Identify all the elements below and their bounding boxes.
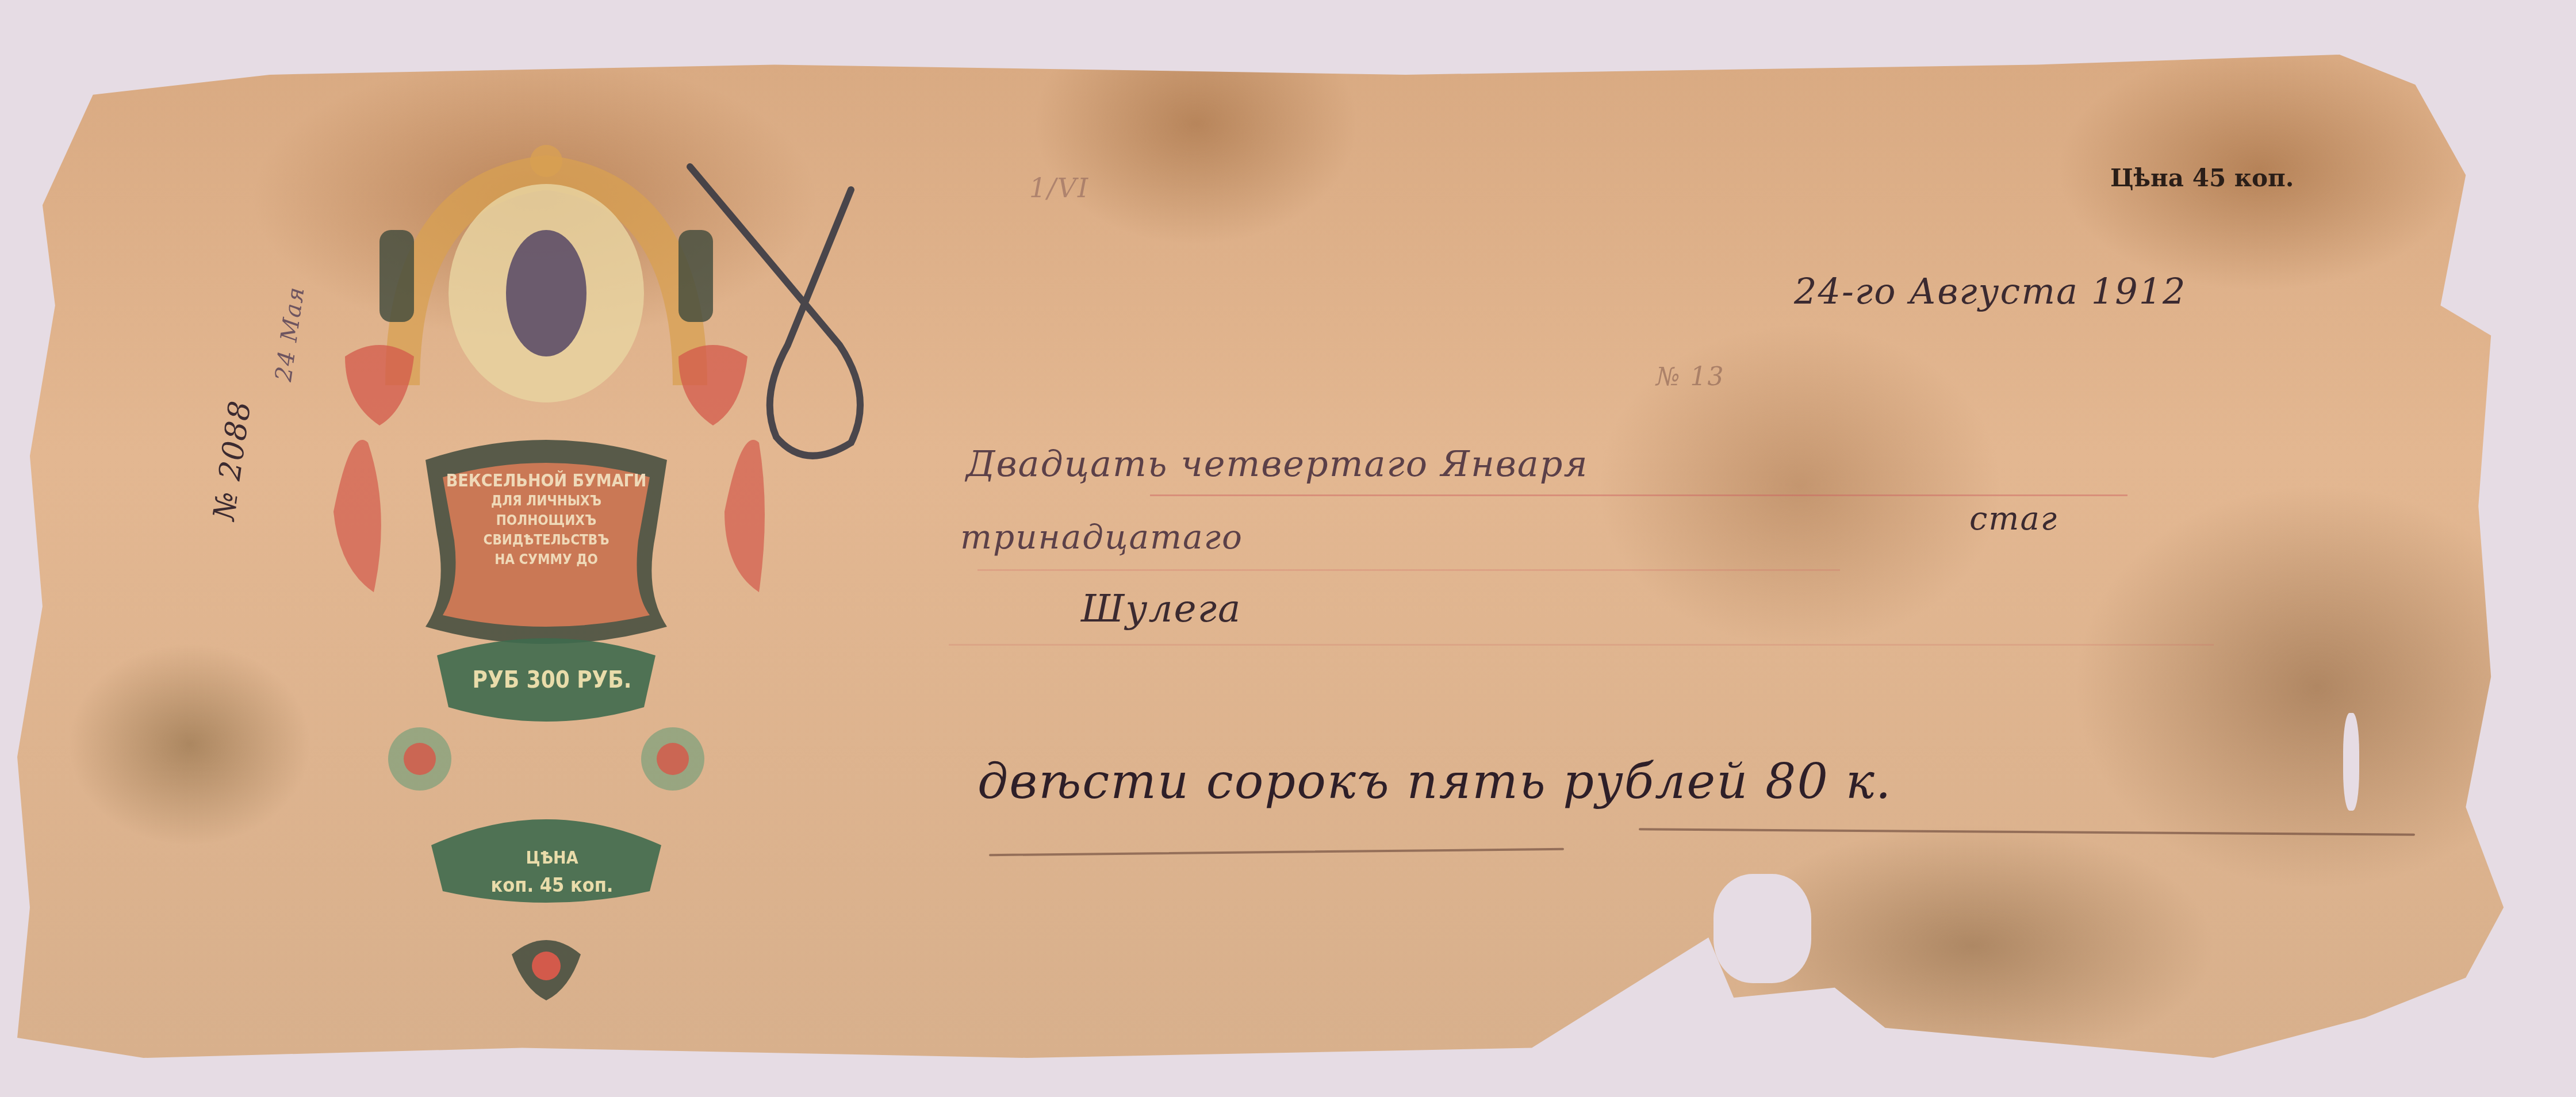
body-line-2: тринадцатаго (960, 517, 1243, 557)
paper-tear-slit (2343, 713, 2359, 811)
body-line-1: Двадцать четвертаго Января (966, 443, 1589, 485)
ruled-line-3 (949, 644, 2214, 646)
top-scribble: 1/VI (1029, 172, 1089, 204)
vignette-amount-label: РУБ 300 РУБ. (454, 667, 650, 693)
ruled-line-2 (977, 569, 1840, 571)
body-line-3-signature: Шулега (1081, 586, 1241, 631)
vignette-title: ВЕКСЕЛЬНОЙ БУМАГИ ДЛЯ ЛИЧНЫХЪ ПОЛНОЩИХЪ … (437, 471, 655, 569)
header-price: Цѣна 45 коп. (2110, 164, 2294, 192)
paper-tear-hole (1713, 874, 1811, 983)
vignette-price-top: ЦѢНА (494, 848, 609, 868)
pencil-cross-mark (678, 155, 943, 477)
double-eagle-emblem (506, 230, 586, 356)
body-aside: стаг (1969, 500, 2058, 538)
ruled-line-1 (1150, 494, 2127, 496)
amount-in-words: двѣсти сорокъ пять рублей 80 к. (977, 753, 1892, 810)
line-reference: № 13 (1656, 362, 1725, 392)
date-line: 24-го Августа 1912 (1794, 270, 2187, 312)
vignette-price-bottom: коп. 45 коп. (448, 874, 655, 897)
